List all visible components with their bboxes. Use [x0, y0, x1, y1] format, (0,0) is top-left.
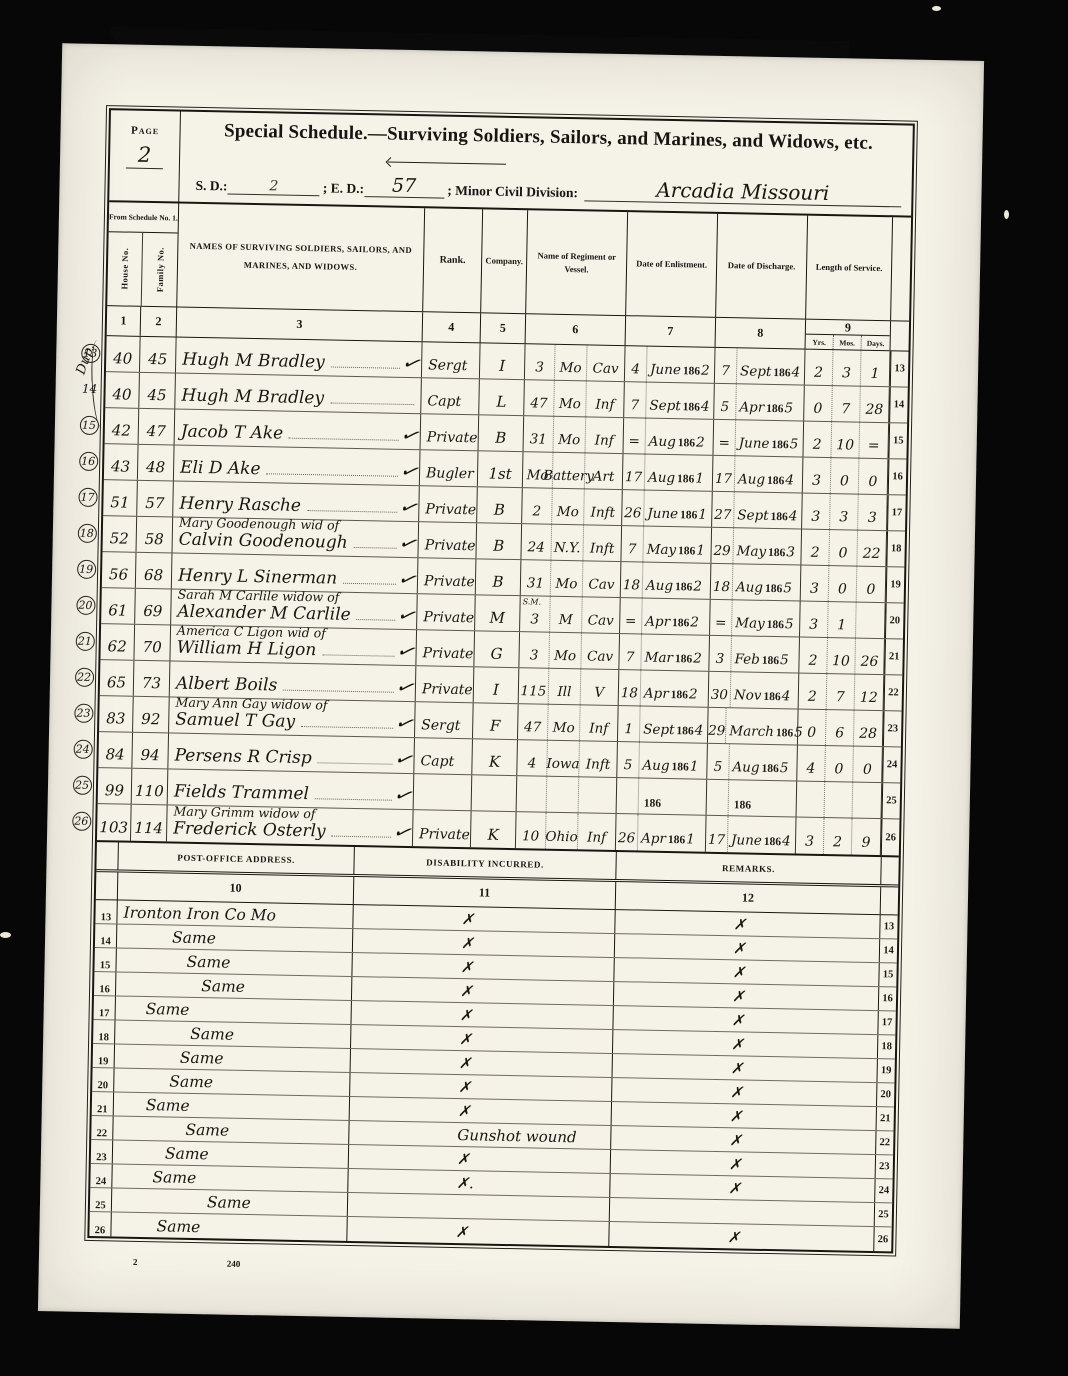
ink-strike-mark	[388, 162, 506, 165]
printed-line-number-right: 15	[878, 963, 896, 986]
regiment-number: 115	[519, 668, 550, 704]
discharge-month: May	[736, 543, 766, 560]
check-mark: ✓	[392, 749, 414, 771]
rank-cell: Private	[418, 558, 477, 594]
discharge-month: June	[731, 832, 762, 849]
regiment-state: Iowa	[547, 741, 580, 777]
check-mark: ✓	[393, 677, 415, 699]
regiment-cell: 3MoCav	[525, 344, 626, 381]
company-cell: B	[479, 415, 525, 451]
length-of-service-cell: 21026	[799, 638, 885, 675]
printed-line-number-right: 17	[877, 1011, 895, 1034]
soldier-name: Albert Boils	[176, 674, 278, 696]
margin-line-number: 23	[73, 703, 93, 723]
regiment-number: S.M.3	[520, 596, 551, 632]
disability-header: Disability Incurred.	[354, 847, 616, 879]
enlistment-year: 1862	[671, 686, 698, 703]
service-years: 2	[803, 422, 832, 458]
col-num-6: 6	[526, 314, 627, 345]
printed-line-number-left: 14	[95, 924, 117, 947]
enlistment-cell: 1Sept1864	[618, 706, 709, 743]
discharge-cell: 29May1863	[711, 528, 802, 565]
discharge-month: March	[729, 723, 774, 740]
discharge-cell: 186	[707, 780, 798, 817]
margin-line-number: 15	[79, 415, 99, 435]
enlistment-year: 1864	[683, 398, 710, 415]
printed-line-number: 16	[888, 459, 907, 494]
footer-marks: 2 240	[39, 1255, 961, 1273]
rank-cell: Sergt	[422, 342, 481, 378]
regiment-number: 10	[516, 812, 547, 849]
house-no-cell: 43	[104, 444, 139, 480]
name-cell: Mary Goodenough wid ofCalvin Goodenough✓	[173, 517, 420, 557]
regiment-cell: 31MoCav	[521, 560, 622, 597]
mcd-label: ; Minor Civil Division:	[444, 183, 578, 202]
regiment-state: Mo	[554, 417, 587, 453]
enlistment-cell: 18Apr1862	[619, 670, 710, 707]
regiment-number: 4	[517, 740, 548, 776]
service-months: 3	[830, 494, 859, 530]
name-cell: Mary Ann Gay widow ofSamuel T Gay✓	[169, 697, 416, 737]
enlistment-cell: 26June1861	[622, 490, 713, 527]
regiment-type: Inf	[585, 417, 623, 453]
printed-line-number-right: 19	[876, 1059, 894, 1082]
row-number-strip	[891, 321, 910, 350]
length-sub-headers: Yrs. Mos. Days.	[806, 334, 890, 351]
check-mark: ✓	[391, 785, 413, 807]
house-no-header: House No.	[107, 232, 143, 306]
printed-line-number: 19	[886, 567, 905, 602]
family-no-cell: 68	[136, 553, 173, 589]
service-days: 0	[859, 459, 888, 495]
discharge-month: Aug	[732, 759, 759, 776]
enlistment-header: Date of Enlistment.	[626, 212, 718, 317]
service-years: 2	[799, 674, 828, 710]
regiment-type: Inft	[579, 741, 617, 777]
margin-line-number: 26	[71, 811, 91, 831]
post-office-address-cell: Same	[116, 972, 352, 1000]
length-of-service-cell: 231	[805, 350, 891, 387]
discharge-day	[707, 780, 730, 815]
page-label: Page	[131, 125, 159, 138]
dotted-leader	[332, 836, 391, 838]
discharge-year: 186	[734, 799, 752, 811]
printed-line-number-left: 20	[92, 1068, 114, 1091]
discharge-day: 7	[715, 348, 738, 383]
col-num-7: 7	[626, 316, 717, 347]
margin-line-number: 19	[76, 559, 96, 579]
service-years: 3	[800, 602, 829, 638]
family-no-cell: 48	[138, 445, 175, 481]
enlistment-cell: 18Aug1862	[621, 562, 712, 599]
enlistment-cell: 186	[617, 778, 708, 815]
post-office-address-cell: Same	[111, 1212, 347, 1241]
rank-cell: Private	[416, 666, 475, 702]
discharge-cell: 5Aug1865	[707, 744, 798, 781]
discharge-day: 17	[706, 816, 729, 852]
printed-line-number-left: 18	[93, 1020, 115, 1043]
enlistment-day: 18	[621, 562, 644, 597]
discharge-year: 1864	[773, 364, 800, 381]
service-years: 2	[805, 350, 834, 386]
company-header: Company.	[481, 209, 528, 313]
col-num-1: 1	[107, 306, 142, 336]
regiment-number	[517, 776, 548, 812]
printed-line-number-left: 25	[90, 1188, 112, 1211]
enlistment-cell: 4June1862	[625, 346, 716, 383]
family-no-cell: 114	[131, 805, 168, 842]
margin-line-number: 18	[77, 523, 97, 543]
rank-cell: Bugler	[420, 450, 479, 486]
sd-label: S. D.:	[195, 178, 227, 195]
discharge-month: Aug	[738, 471, 765, 488]
rank-cell: Sergt	[415, 702, 474, 738]
service-months: 7	[832, 386, 861, 422]
regiment-header: Name of Regiment or Vessel.	[526, 210, 628, 315]
regiment-state	[547, 777, 580, 813]
printed-line-number-left: 16	[94, 972, 116, 995]
ed-label: ; E. D.:	[319, 180, 364, 197]
service-days	[853, 783, 882, 819]
dotted-leader	[266, 473, 398, 477]
length-of-service-cell: 210=	[803, 422, 889, 459]
printed-line-number-left: 19	[93, 1044, 115, 1067]
printed-line-number-left: 15	[94, 948, 116, 971]
house-no-cell: 84	[98, 732, 133, 768]
check-mark: ✓	[396, 533, 418, 555]
footer-mark-right: 240	[227, 1259, 241, 1269]
col-num-4: 4	[423, 312, 482, 342]
discharge-month: Feb	[734, 651, 760, 667]
enlistment-cell: 17Aug1861	[623, 454, 714, 491]
regiment-type: Inft	[584, 489, 622, 525]
post-office-address-cell: Same	[117, 924, 353, 952]
rank-cell: Private	[413, 810, 472, 847]
discharge-month: Apr	[739, 399, 764, 415]
check-mark: ✓	[394, 641, 416, 663]
house-no-cell: 62	[100, 624, 135, 660]
lower-rows: 13Ironton Iron Co Mo✗✗1314Same✗✗1415Same…	[89, 900, 897, 1251]
sd-value: 2	[227, 177, 319, 196]
regiment-cell: 31MoInf	[524, 416, 625, 453]
printed-line-number: 26	[881, 819, 900, 855]
lower-left-strip-header	[96, 842, 119, 869]
house-no-cell: 65	[100, 660, 135, 696]
length-of-service-cell: 2022	[801, 530, 887, 567]
discharge-day: 27	[712, 492, 735, 527]
regiment-type: Cav	[582, 597, 620, 633]
dotted-leader	[330, 402, 414, 405]
service-years: 2	[801, 530, 830, 566]
regiment-type	[579, 777, 617, 813]
service-months: 0	[825, 746, 854, 782]
discharge-year: 1865	[761, 760, 788, 777]
discharge-month: Sept	[740, 363, 772, 380]
length-of-service-cell: 333	[802, 494, 888, 531]
check-mark: ✓	[395, 605, 417, 627]
dotted-leader	[289, 438, 399, 441]
col-num-12: 12	[616, 882, 880, 914]
discharge-cell: 29March1865	[708, 708, 799, 745]
discharge-day: 3	[709, 636, 732, 671]
service-months: 2	[824, 818, 853, 855]
length-of-service-cell	[797, 782, 883, 819]
regiment-note: S.M.	[523, 597, 542, 606]
regiment-number: 47	[524, 380, 555, 416]
house-no-cell: 42	[105, 408, 140, 444]
printed-line-number: 21	[884, 639, 903, 674]
col-num-5: 5	[481, 313, 527, 343]
regiment-type: Inf	[578, 813, 616, 850]
check-mark: ✓	[395, 569, 417, 591]
post-office-address-cell: Same	[116, 948, 352, 976]
length-of-service-cell: 31	[800, 602, 886, 639]
company-cell: F	[473, 703, 519, 739]
house-no-cell: 40	[106, 336, 141, 372]
regiment-cell: 4IowaInft	[517, 740, 618, 777]
enlistment-day: 4	[625, 346, 648, 381]
service-days: 1	[861, 351, 890, 387]
company-cell: 1st	[478, 451, 524, 487]
regiment-cell: 47MoInf	[524, 380, 625, 417]
discharge-day: 30	[709, 672, 732, 707]
rank-cell: Capt	[421, 378, 480, 414]
discharge-month: June	[739, 435, 770, 452]
family-no-cell: 92	[133, 697, 170, 733]
family-no-cell: 73	[134, 661, 171, 697]
house-no-cell: 61	[101, 588, 136, 624]
service-days: 22	[857, 531, 886, 567]
col-num-3: 3	[177, 308, 424, 342]
family-no-cell: 94	[132, 733, 169, 769]
length-of-service-cell: 0728	[804, 386, 890, 423]
dotted-leader	[283, 690, 394, 693]
discharge-cell: =June1865	[713, 420, 804, 457]
check-mark: ✓	[397, 497, 419, 519]
scan-speck	[1004, 210, 1009, 219]
regiment-state: Ohio	[546, 813, 579, 850]
census-page: Dup. Page 2 Special Schedule.—Surviving …	[38, 43, 984, 1328]
post-office-address-cell: Same	[112, 1164, 348, 1192]
discharge-month: Aug	[736, 579, 763, 596]
from-schedule-label: From Schedule No. 1.	[109, 202, 179, 233]
enlistment-month: Aug	[642, 758, 669, 775]
house-no-cell: 51	[103, 480, 138, 516]
regiment-type: V	[581, 669, 619, 705]
regiment-state: Ill	[549, 669, 582, 705]
rank-cell: Private	[418, 522, 477, 558]
disability-cell: ✗	[347, 1217, 609, 1246]
days-label: Days.	[861, 336, 889, 351]
regiment-cell: 24N.Y.Inft	[521, 524, 622, 561]
family-no-cell: 69	[135, 589, 172, 625]
rank-cell: Private	[417, 594, 476, 630]
printed-line-number-left: 17	[94, 996, 116, 1019]
discharge-cell: 27Sept1864	[712, 492, 803, 529]
post-office-address-cell: Same	[113, 1116, 349, 1144]
service-years: 4	[797, 746, 826, 782]
family-no-cell: 45	[139, 373, 176, 409]
family-no-cell: 45	[140, 337, 177, 373]
enlistment-year: 1861	[677, 470, 704, 487]
regiment-number: 31	[521, 560, 552, 596]
soldier-name: Persens R Crisp	[174, 746, 311, 769]
length-of-service-cell: 300	[801, 566, 887, 603]
check-mark: ✓	[390, 822, 412, 844]
discharge-month: May	[735, 615, 765, 632]
remarks-cell: ✗	[609, 1222, 873, 1251]
service-days: =	[859, 423, 888, 459]
margin-line-number: 22	[74, 667, 94, 687]
service-days: 28	[854, 711, 883, 747]
discharge-day: 18	[711, 564, 734, 599]
dotted-leader	[315, 798, 392, 800]
dotted-leader	[318, 762, 393, 764]
house-no-cell: 40	[105, 372, 140, 408]
col-num-10: 10	[118, 872, 354, 904]
post-office-address-cell: Same	[112, 1188, 348, 1216]
company-cell: K	[471, 811, 517, 848]
regiment-state: M	[550, 597, 583, 633]
enlistment-year: 1864	[676, 722, 703, 739]
discharge-cell: 18Aug1865	[711, 564, 802, 601]
service-days	[856, 603, 885, 639]
printed-line-number: 15	[888, 423, 907, 458]
printed-line-number: 13	[890, 351, 909, 386]
enlistment-day: 5	[617, 742, 640, 777]
yrs-label: Yrs.	[806, 335, 834, 350]
soldier-name: Henry Rasche	[179, 494, 301, 516]
col-num-9-with-subs: 9 Yrs. Mos. Days.	[806, 320, 892, 351]
discharge-day: 5	[714, 384, 737, 419]
soldier-name: Henry L Sinerman	[178, 566, 337, 589]
service-years: 3	[796, 818, 825, 855]
regiment-state: Mo	[548, 705, 581, 741]
printed-line-number: 22	[884, 675, 903, 710]
regiment-number: 3	[519, 632, 550, 668]
regiment-type: Cav	[581, 633, 619, 669]
length-of-service-cell: 0628	[798, 710, 884, 747]
printed-line-number-right: 14	[879, 939, 897, 962]
printed-line-number-right: 18	[877, 1035, 895, 1058]
house-no-cell: 99	[98, 768, 133, 804]
names-header: Names of Surviving Soldiers, Sailors, an…	[177, 204, 425, 312]
post-office-address-cell: Same	[114, 1092, 350, 1120]
title-bar: Page 2 Special Schedule.—Surviving Soldi…	[109, 110, 913, 217]
margin-line-number: 16	[78, 451, 98, 471]
company-cell: L	[479, 379, 525, 415]
regiment-type: Art	[585, 453, 623, 489]
mcd-value: Arcadia Missouri	[584, 176, 902, 207]
rank-cell	[414, 774, 473, 810]
enlistment-year: 1862	[683, 362, 710, 379]
enlistment-year: 1861	[678, 542, 705, 559]
length-of-service-cell: 329	[796, 818, 882, 856]
mos-label: Mos.	[834, 335, 862, 350]
name-cell: America C Ligon wid ofWilliam H Ligon✓	[170, 625, 417, 665]
enlistment-year: 1862	[672, 614, 699, 631]
enlistment-month: Apr	[644, 686, 669, 702]
dotted-leader	[354, 547, 397, 549]
regiment-state: Mo	[552, 489, 585, 525]
enlistment-cell: 26Apr1861	[616, 814, 707, 852]
dotted-leader	[307, 510, 397, 513]
discharge-year: 1864	[764, 833, 791, 850]
soldier-name: Frederick Osterly	[173, 819, 326, 842]
name-cell: Hugh M Bradley	[175, 374, 422, 414]
house-family-header: From Schedule No. 1. House No. Family No…	[107, 202, 179, 306]
enlistment-day	[617, 778, 640, 813]
rank-header: Rank.	[423, 208, 483, 312]
soldier-name: Hugh M Bradley	[182, 350, 325, 373]
regiment-cell: 3MoCav	[519, 632, 620, 669]
rank-cell: Private	[421, 414, 480, 450]
soldier-name: Calvin Goodenough	[179, 530, 348, 553]
company-cell	[472, 775, 518, 811]
name-cell: Persens R Crisp✓	[168, 733, 415, 773]
regiment-cell: 10OhioInf	[516, 812, 617, 850]
service-days: 12	[855, 675, 884, 711]
post-office-address-cell: Same	[115, 1044, 351, 1072]
regiment-state: N.Y.	[551, 525, 584, 561]
enlistment-day: =	[620, 598, 643, 633]
regiment-type: Inf	[586, 381, 624, 417]
district-line: S. D.: 2 ; E. D.: 57 ; Minor Civil Divis…	[195, 169, 901, 208]
regiment-cell: 47MoInf	[518, 704, 619, 741]
printed-line-number-right: 26	[873, 1227, 891, 1251]
enlistment-cell: 5Aug1861	[617, 742, 708, 779]
discharge-month: Nov	[734, 687, 762, 704]
company-cell: I	[480, 343, 526, 379]
enlistment-day: 1	[618, 706, 641, 741]
soldier-name: Jacob T Ake	[181, 422, 284, 444]
discharge-cell: 5Apr1865	[714, 384, 805, 421]
printed-line-number-right: 25	[874, 1203, 892, 1226]
enlistment-day: 17	[623, 454, 646, 489]
address-header: Post-office Address.	[118, 843, 354, 875]
soldier-name: Alexander M Carlile	[177, 602, 351, 625]
post-office-address-cell: Ironton Iron Co Mo	[117, 900, 353, 928]
discharge-cell: 17June1864	[706, 816, 797, 854]
service-years: 3	[802, 494, 831, 530]
service-days: 3	[858, 495, 887, 531]
discharge-year: 1865	[766, 400, 793, 417]
house-no-cell: 52	[103, 516, 138, 552]
family-no-cell: 110	[132, 769, 169, 805]
soldier-name: Samuel T Gay	[175, 710, 295, 732]
margin-line-number: 24	[73, 739, 93, 759]
service-years: 0	[804, 386, 833, 422]
printed-line-number: 24	[882, 747, 901, 782]
post-office-address-cell: Same	[115, 1020, 351, 1048]
service-months: 7	[827, 674, 856, 710]
discharge-day: 5	[707, 744, 730, 779]
enlistment-month: Sept	[643, 722, 675, 739]
house-no-cell: 103	[97, 804, 132, 841]
discharge-year: 1864	[770, 508, 797, 525]
regiment-type: Cav	[583, 561, 621, 597]
name-cell: Mary Grimm widow ofFrederick Osterly✓	[167, 805, 414, 846]
enlistment-year: 1862	[675, 650, 702, 667]
col-num-11: 11	[354, 877, 616, 909]
scan-speck	[932, 6, 941, 11]
enlistment-year: 1862	[675, 578, 702, 595]
form-title: Special Schedule.—Surviving Soldiers, Sa…	[196, 120, 900, 156]
regiment-state: Battery	[553, 453, 586, 489]
col-num-8: 8	[716, 318, 807, 349]
company-cell: M	[475, 595, 521, 631]
margin-line-number: 25	[72, 775, 92, 795]
